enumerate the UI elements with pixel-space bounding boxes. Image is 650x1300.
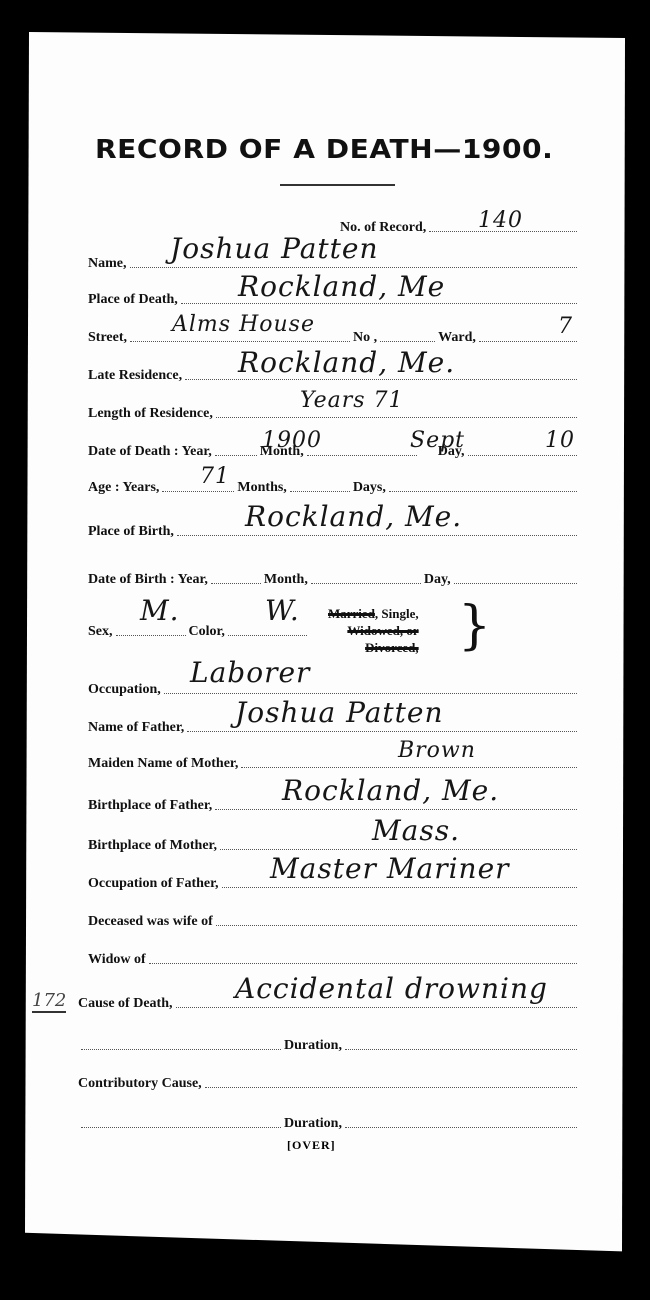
occupation-label: Occupation, [88,682,161,698]
street-no-line [380,340,435,342]
street-no-label: No , [353,330,377,346]
mother-birthplace-label: Birthplace of Mother, [88,838,217,854]
duration-1-pre-line [81,1048,281,1050]
street-row: Street, No , Ward, [88,322,580,346]
street-value: Alms House [172,312,315,337]
wife-of-line [216,924,577,926]
name-label: Name, [88,256,127,272]
age-row: Age : Years, Months, Days, [88,472,580,496]
mother-maiden-name-label: Maiden Name of Mother, [88,756,238,772]
length-of-residence-label: Length of Residence, [88,406,213,422]
street-label: Street, [88,330,127,346]
place-of-birth-label: Place of Birth, [88,524,174,540]
date-of-death-year-value: 1900 [262,428,322,453]
cause-of-death-label: Cause of Death, [78,996,173,1012]
over-footer: [OVER] [287,1138,336,1153]
date-of-death-year-line [215,454,257,456]
duration-2-row: Duration, [78,1108,580,1132]
father-name-label: Name of Father, [88,720,184,736]
contributory-cause-line [205,1086,577,1088]
length-of-residence-line [216,416,577,418]
father-birthplace-line [215,808,577,810]
marital-option-divorced: Divorced, [365,640,419,655]
color-label: Color, [189,624,225,640]
marital-option-married: Married [328,606,375,621]
date-of-birth-year-line [211,582,261,584]
brace-symbol: } [458,600,491,652]
mother-maiden-name-line [241,766,577,768]
date-of-birth-day-line [454,582,577,584]
place-of-birth-value: Rockland, Me. [245,500,462,533]
cause-of-death-line [176,1006,578,1008]
marital-option-single: Single, [381,606,418,621]
date-of-death-month-value: Sept [410,428,465,453]
date-of-death-day-line [468,454,577,456]
mother-birthplace-value: Mass. [372,814,460,847]
age-months-label: Months, [237,480,286,496]
wife-of-row: Deceased was wife of [88,906,580,930]
duration-2-line [345,1126,577,1128]
marital-option-widowed: Widowed, or [328,622,419,639]
widow-of-row: Widow of [88,944,580,968]
title-divider [280,184,395,186]
occupation-line [164,692,577,694]
sex-value: M. [140,594,180,627]
mother-maiden-name-row: Maiden Name of Mother, [88,748,580,772]
date-of-death-row: Date of Death : Year, Month, Day, [88,436,580,460]
duration-1-line [345,1048,577,1050]
date-of-birth-row: Date of Birth : Year, Month, Day, [88,564,580,588]
place-of-death-value: Rockland, Me [238,270,445,303]
mother-maiden-name-value: Brown [398,738,476,763]
father-occupation-line [222,886,577,888]
duration-1-label: Duration, [284,1038,342,1054]
father-name-line [187,730,577,732]
father-occupation-label: Occupation of Father, [88,876,219,892]
color-line [228,634,307,636]
document-title: RECORD OF A DEATH—1900. [95,135,635,165]
age-years-line [162,490,234,492]
late-residence-label: Late Residence, [88,368,182,384]
father-birthplace-label: Birthplace of Father, [88,798,212,814]
name-value: Joshua Patten [170,232,379,265]
place-of-birth-line [177,534,577,536]
duration-2-label: Duration, [284,1116,342,1132]
age-years-value: 71 [200,464,230,489]
date-of-birth-year-label: Date of Birth : Year, [88,572,208,588]
age-years-label: Age : Years, [88,480,159,496]
date-of-death-year-label: Date of Death : Year, [88,444,212,460]
widow-of-label: Widow of [88,952,146,968]
ward-line [479,340,577,342]
contributory-cause-label: Contributory Cause, [78,1076,202,1092]
color-value: W. [265,594,300,627]
sex-line [116,634,186,636]
late-residence-value: Rockland, Me. [238,346,455,379]
date-of-birth-month-label: Month, [264,572,308,588]
occupation-row: Occupation, [88,674,580,698]
father-name-value: Joshua Patten [235,696,444,729]
age-months-line [290,490,350,492]
margin-note-text: 172 [32,990,66,1013]
father-birthplace-value: Rockland, Me. [282,774,499,807]
margin-note: 172 [32,990,66,1011]
duration-1-row: Duration, [78,1030,580,1054]
duration-2-pre-line [81,1126,281,1128]
wife-of-label: Deceased was wife of [88,914,213,930]
widow-of-line [149,962,577,964]
place-of-death-label: Place of Death, [88,292,178,308]
age-days-label: Days, [353,480,386,496]
marital-status-options: Married, Single, Widowed, or Divorced, [328,605,419,656]
length-of-residence-value: Years 71 [300,388,404,413]
cause-of-death-value: Accidental drowning [235,972,548,1005]
date-of-birth-month-line [311,582,421,584]
occupation-value: Laborer [190,656,310,689]
age-days-line [389,490,577,492]
ward-label: Ward, [438,330,476,346]
date-of-death-day-value: 10 [545,428,575,453]
date-of-death-month-line [307,454,417,456]
street-line [130,340,350,342]
record-number-value: 140 [478,208,523,233]
ward-value: 7 [558,314,573,339]
mother-birthplace-row: Birthplace of Mother, [88,830,580,854]
father-occupation-value: Master Mariner [270,852,510,885]
sex-label: Sex, [88,624,113,640]
contributory-cause-row: Contributory Cause, [78,1068,580,1092]
name-line [130,266,578,268]
mother-birthplace-line [220,848,577,850]
date-of-birth-day-label: Day, [424,572,451,588]
